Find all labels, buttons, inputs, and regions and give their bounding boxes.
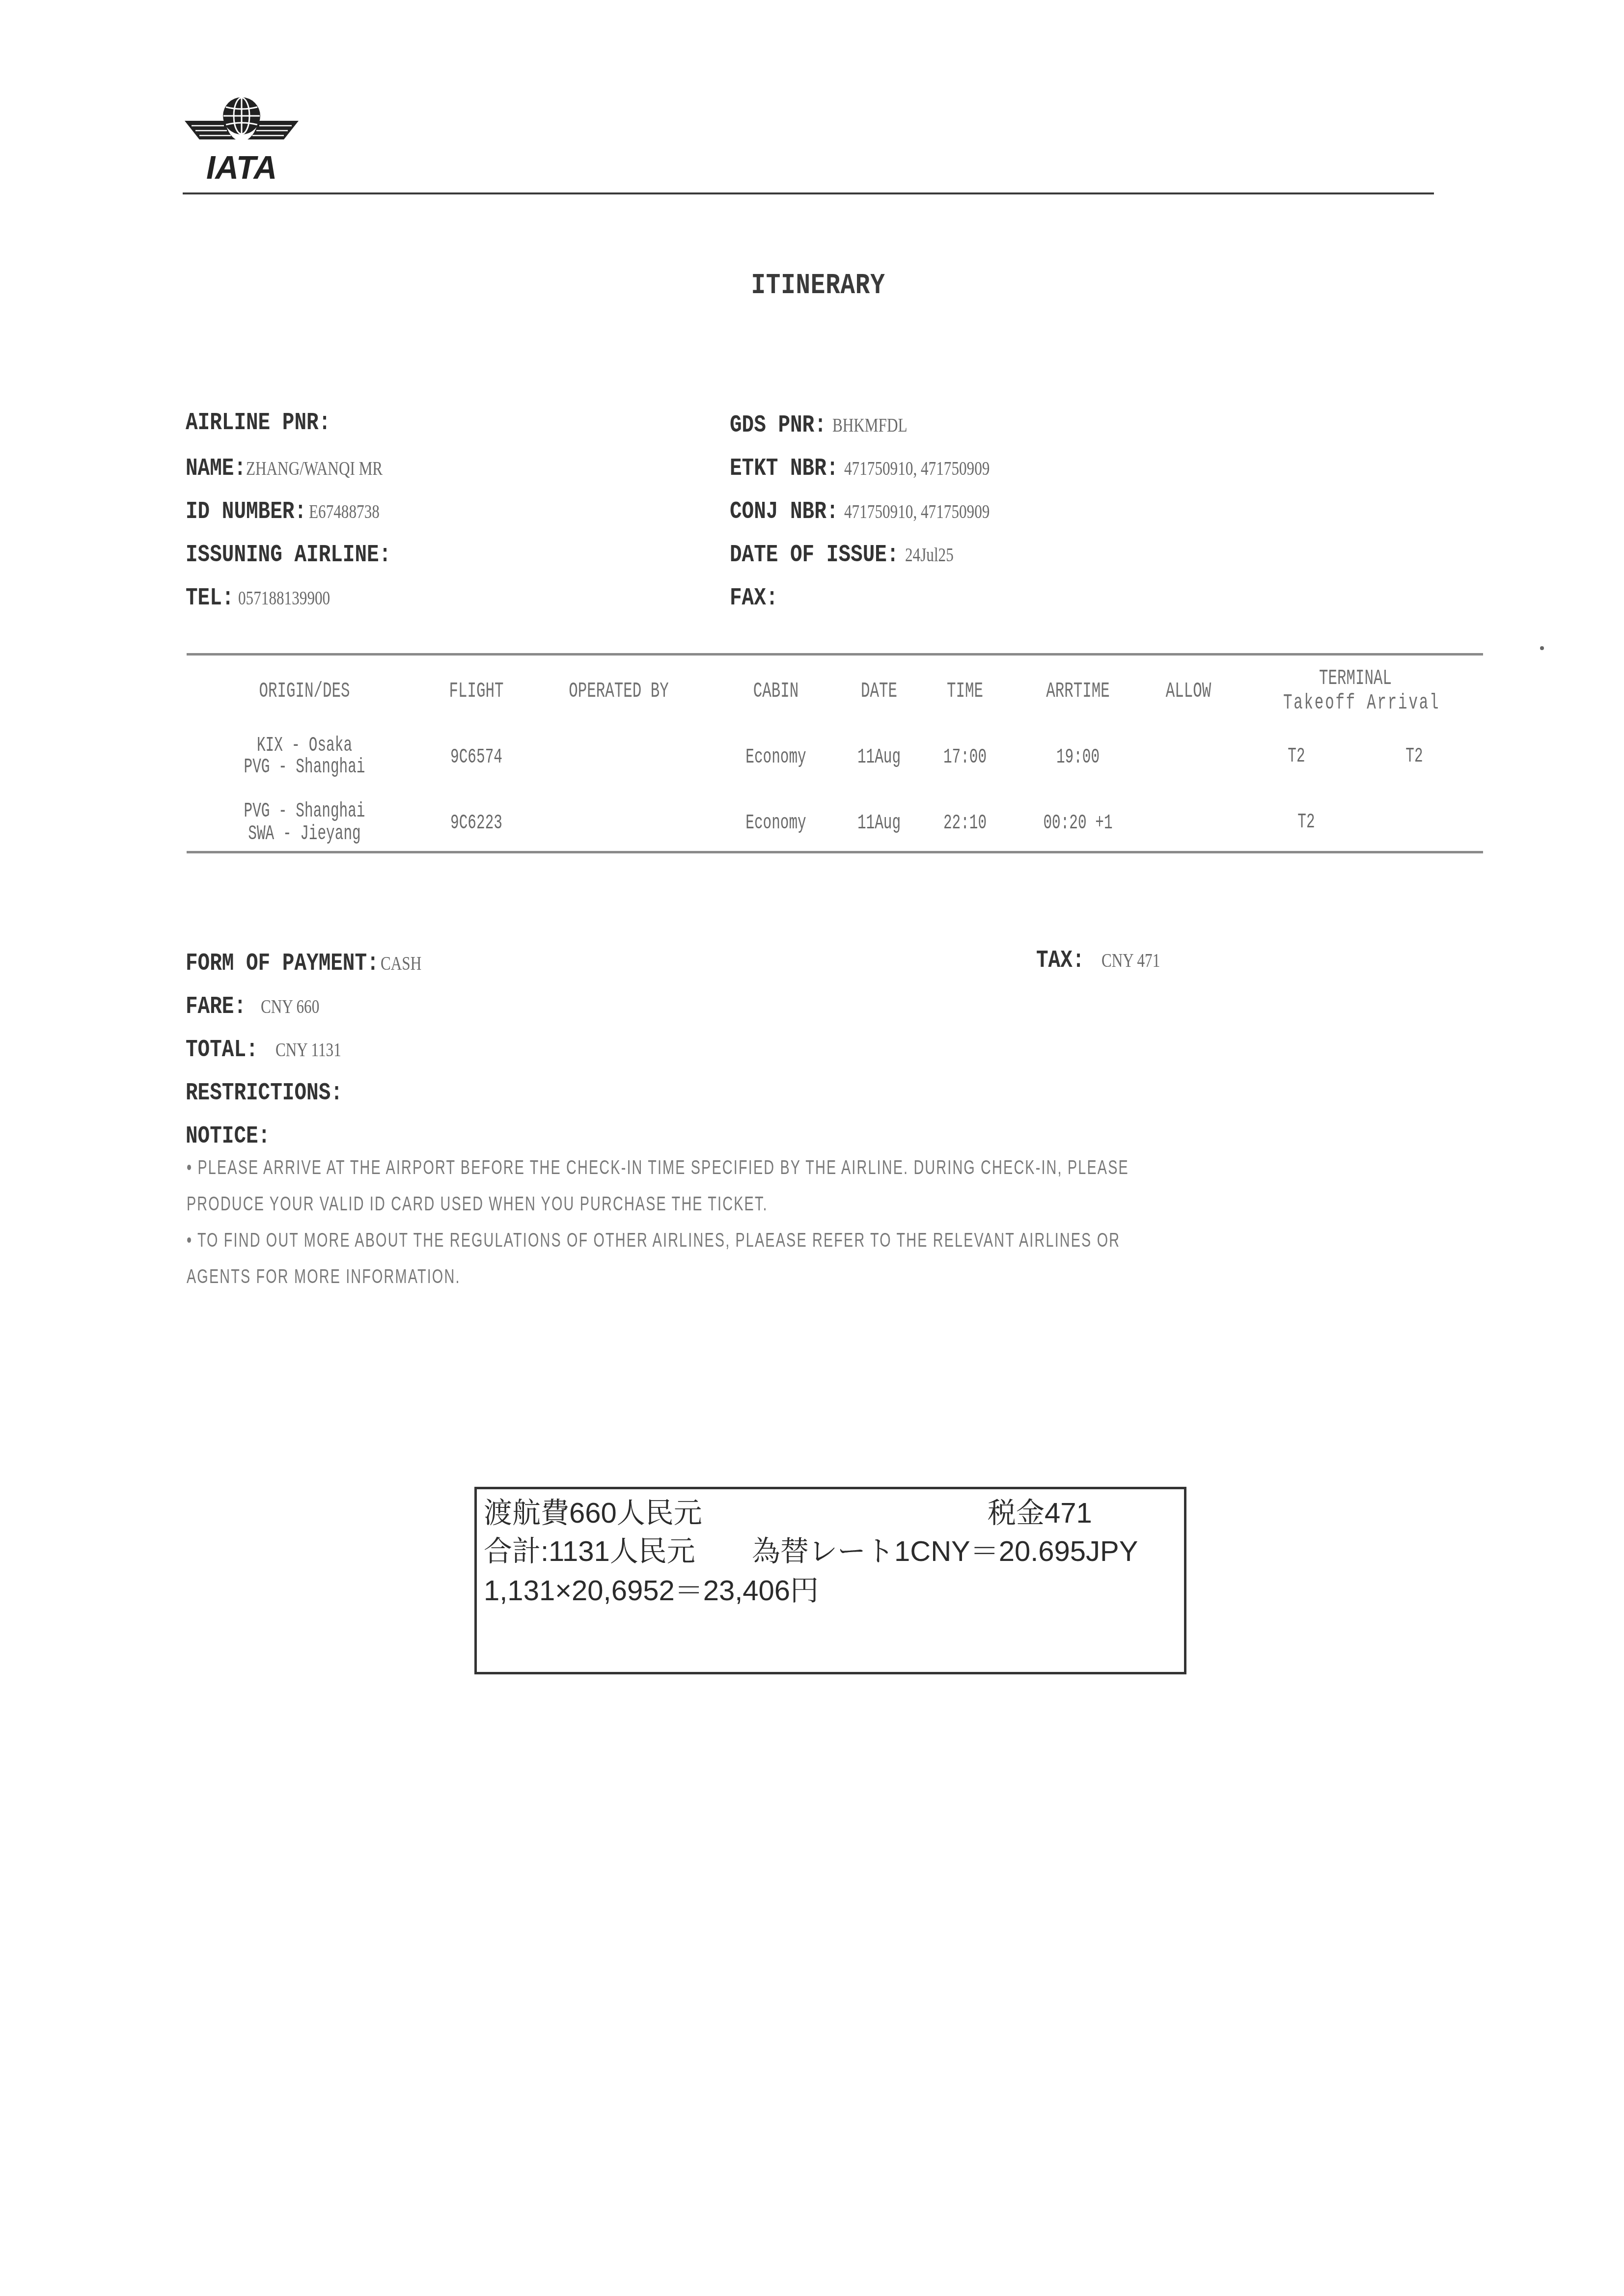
total-cny-text: 合計:1131人民元 <box>484 1535 695 1568</box>
terminal-arrival-cell: T2 <box>1394 745 1435 767</box>
tel-field: TEL: 057188139900 <box>186 581 356 613</box>
origin-cell: PVG - Shanghai <box>243 800 366 822</box>
total-field: TOTAL: CNY 1131 <box>186 1033 359 1065</box>
notice-heading: NOTICE: <box>186 1120 289 1151</box>
exchange-rate-text: 為替レート1CNY＝20.695JPY <box>752 1535 1138 1568</box>
fare-cny-text: 渡航費660人民元 <box>484 1497 702 1530</box>
date-cell: 11Aug <box>848 812 910 834</box>
flight-cell: 9C6574 <box>439 746 514 768</box>
name-field: NAME: ZHANG/WANQI MR <box>186 452 421 484</box>
flight-cell: 9C6223 <box>439 812 514 834</box>
scan-speck <box>1540 646 1544 650</box>
exchange-rate-note-box: 渡航費660人民元 税金471 合計:1131人民元 為替レート1CNY＝20.… <box>474 1487 1186 1674</box>
time-cell: 17:00 <box>936 746 994 768</box>
header-divider <box>183 192 1434 194</box>
conj-number-field: CONJ NBR: 471750910, 471750909 <box>730 495 1031 527</box>
col-date: DATE <box>848 681 910 702</box>
airline-pnr-field: AIRLINE PNR: <box>186 409 362 438</box>
fax-field: FAX: <box>730 581 795 613</box>
col-allow: ALLOW <box>1157 681 1219 702</box>
destination-cell: SWA - Jieyang <box>243 823 366 845</box>
date-cell: 11Aug <box>848 746 910 768</box>
arrtime-cell: 19:00 <box>1039 746 1118 768</box>
arrtime-cell: 00:20 +1 <box>1039 812 1118 834</box>
col-operated-by: OPERATED BY <box>564 681 674 702</box>
table-top-rule <box>187 653 1483 656</box>
id-number-field: ID NUMBER: E67488738 <box>186 495 399 527</box>
date-of-issue-field: DATE OF ISSUE: 24Jul25 <box>730 538 967 570</box>
time-cell: 22:10 <box>936 812 994 834</box>
col-cabin: CABIN <box>742 681 810 702</box>
svg-text:IATA: IATA <box>206 149 277 184</box>
page-title: ITINERARY <box>152 269 1484 302</box>
destination-cell: PVG - Shanghai <box>243 756 366 778</box>
notice-line: • TO FIND OUT MORE ABOUT THE REGULATIONS… <box>187 1230 1120 1252</box>
col-arrtime: ARRTIME <box>1039 681 1118 702</box>
terminal-takeoff-cell: T2 <box>1286 811 1327 833</box>
origin-cell: KIX - Osaka <box>243 735 366 756</box>
col-terminal: TERMINAL <box>1283 668 1428 689</box>
notice-line: AGENTS FOR MORE INFORMATION. <box>187 1266 461 1288</box>
tax-cny-text: 税金471 <box>988 1497 1092 1530</box>
jpy-calculation-text: 1,131×20,6952＝23,406円 <box>484 1575 819 1607</box>
form-of-payment-field: FORM OF PAYMENT: CASH <box>186 947 433 979</box>
etkt-number-field: ETKT NBR: 471750910, 471750909 <box>730 452 1031 484</box>
fare-field: FARE: CNY 660 <box>186 990 336 1022</box>
globe-wings-icon: IATA <box>183 96 301 184</box>
tax-field: TAX: CNY 471 <box>1036 944 1177 976</box>
notice-line: • PLEASE ARRIVE AT THE AIRPORT BEFORE TH… <box>187 1157 1129 1179</box>
cabin-cell: Economy <box>742 746 810 768</box>
table-bottom-rule <box>187 851 1483 853</box>
terminal-takeoff-cell: T2 <box>1276 745 1317 767</box>
col-terminal-sub: Takeoff Arrival <box>1283 692 1428 714</box>
notice-line: PRODUCE YOUR VALID ID CARD USED WHEN YOU… <box>187 1193 768 1215</box>
col-time: TIME <box>936 681 994 702</box>
restrictions-field: RESTRICTIONS: <box>186 1076 384 1108</box>
iata-logo: IATA <box>183 96 301 184</box>
issuing-airline-field: ISSUNING AIRLINE: <box>186 538 442 570</box>
col-origin-des: ORIGIN/DES <box>243 681 366 702</box>
col-flight: FLIGHT <box>439 681 514 702</box>
gds-pnr-field: GDS PNR: BHKMFDL <box>730 409 928 440</box>
cabin-cell: Economy <box>742 812 810 834</box>
